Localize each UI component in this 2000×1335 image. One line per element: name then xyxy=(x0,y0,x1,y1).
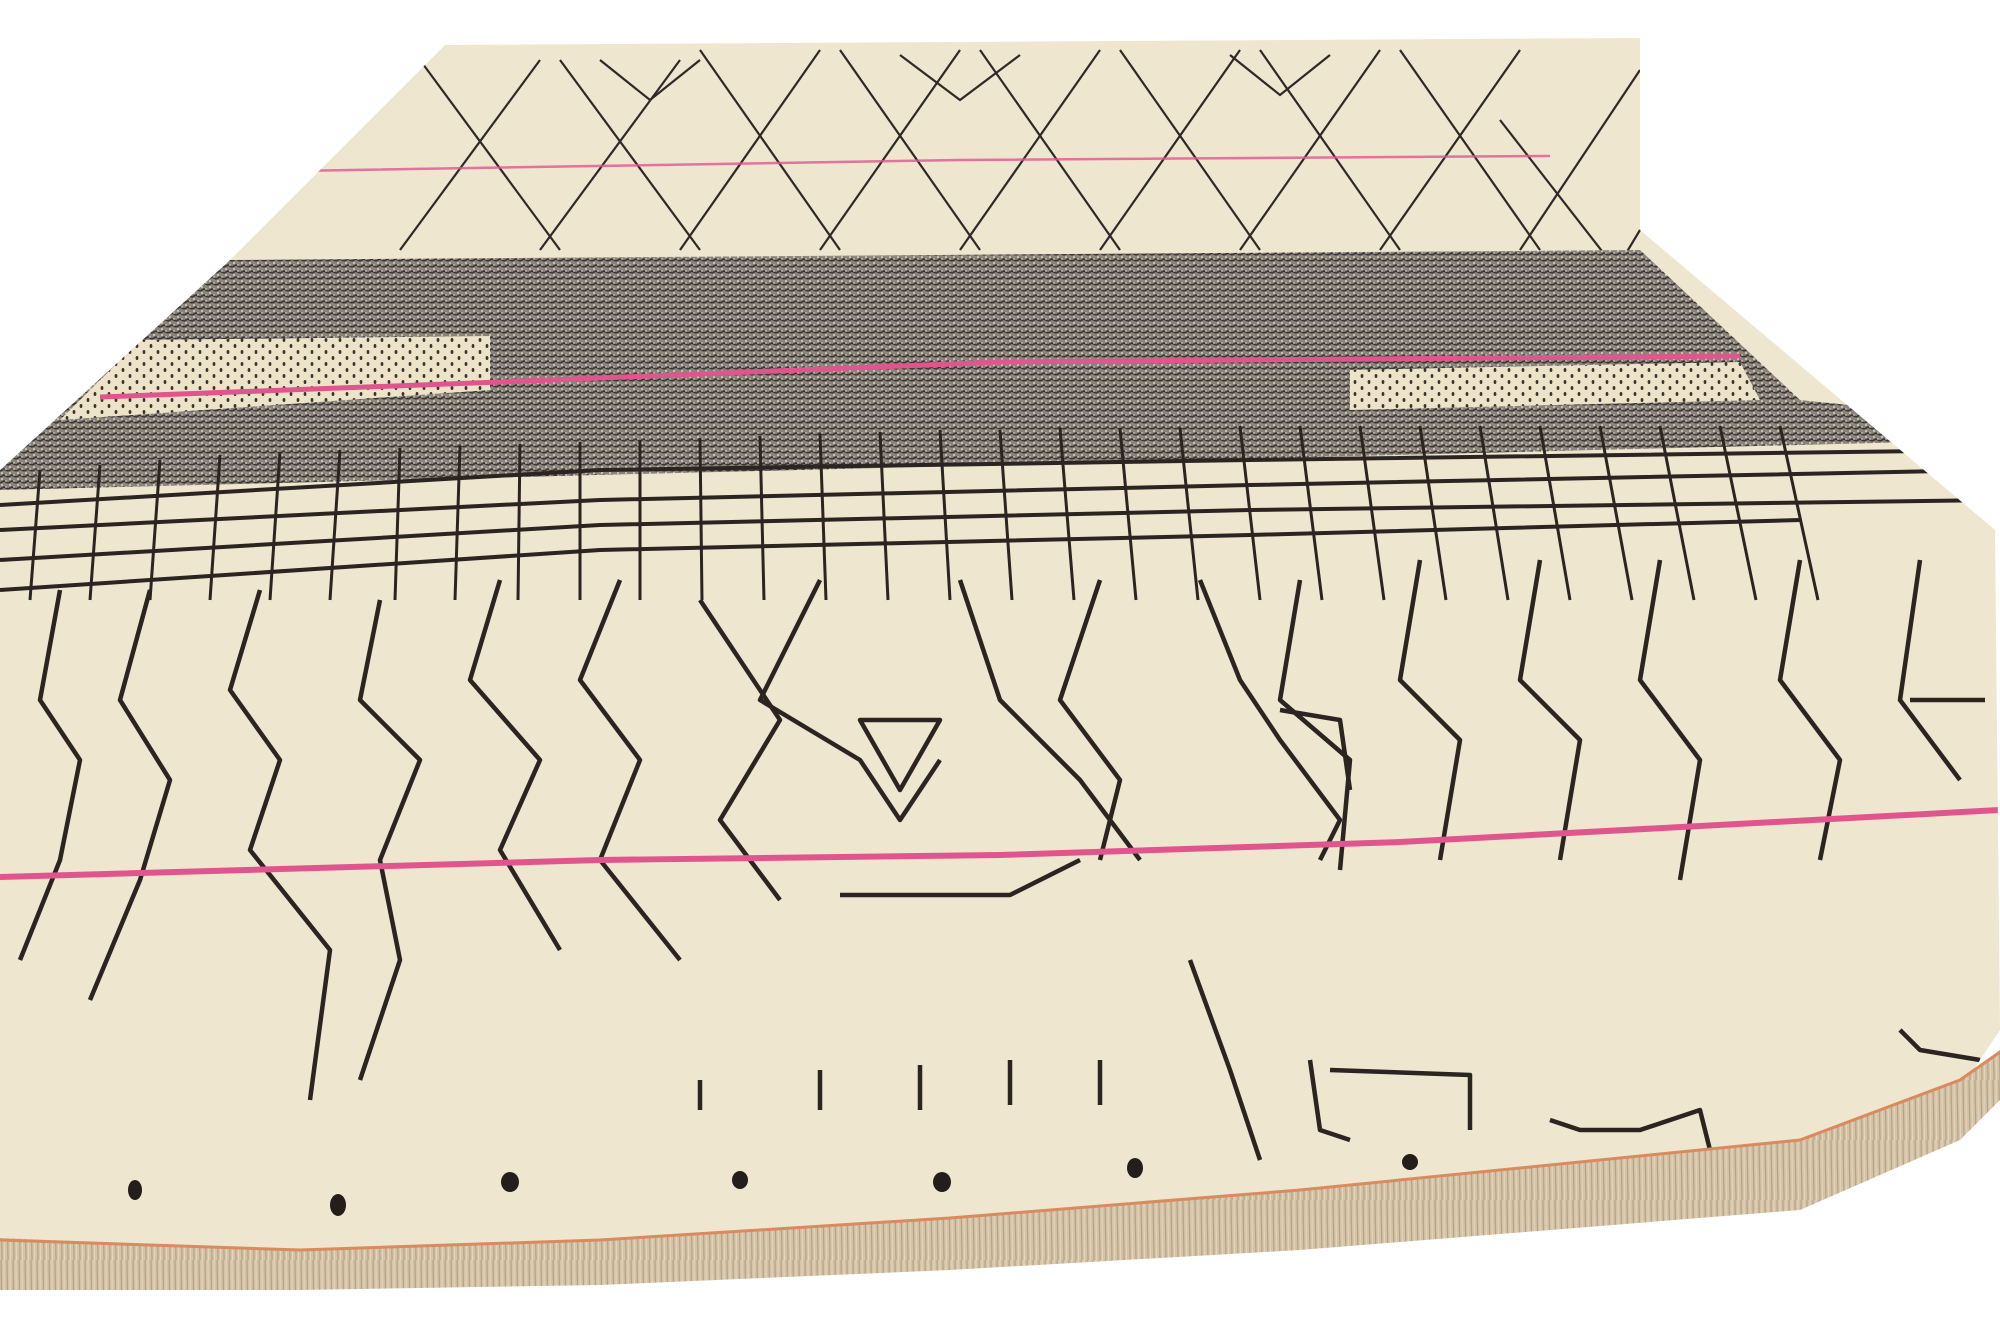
rug-illustration xyxy=(0,0,2000,1335)
rug-body xyxy=(0,38,2000,1260)
rug-photo xyxy=(0,0,2000,1335)
